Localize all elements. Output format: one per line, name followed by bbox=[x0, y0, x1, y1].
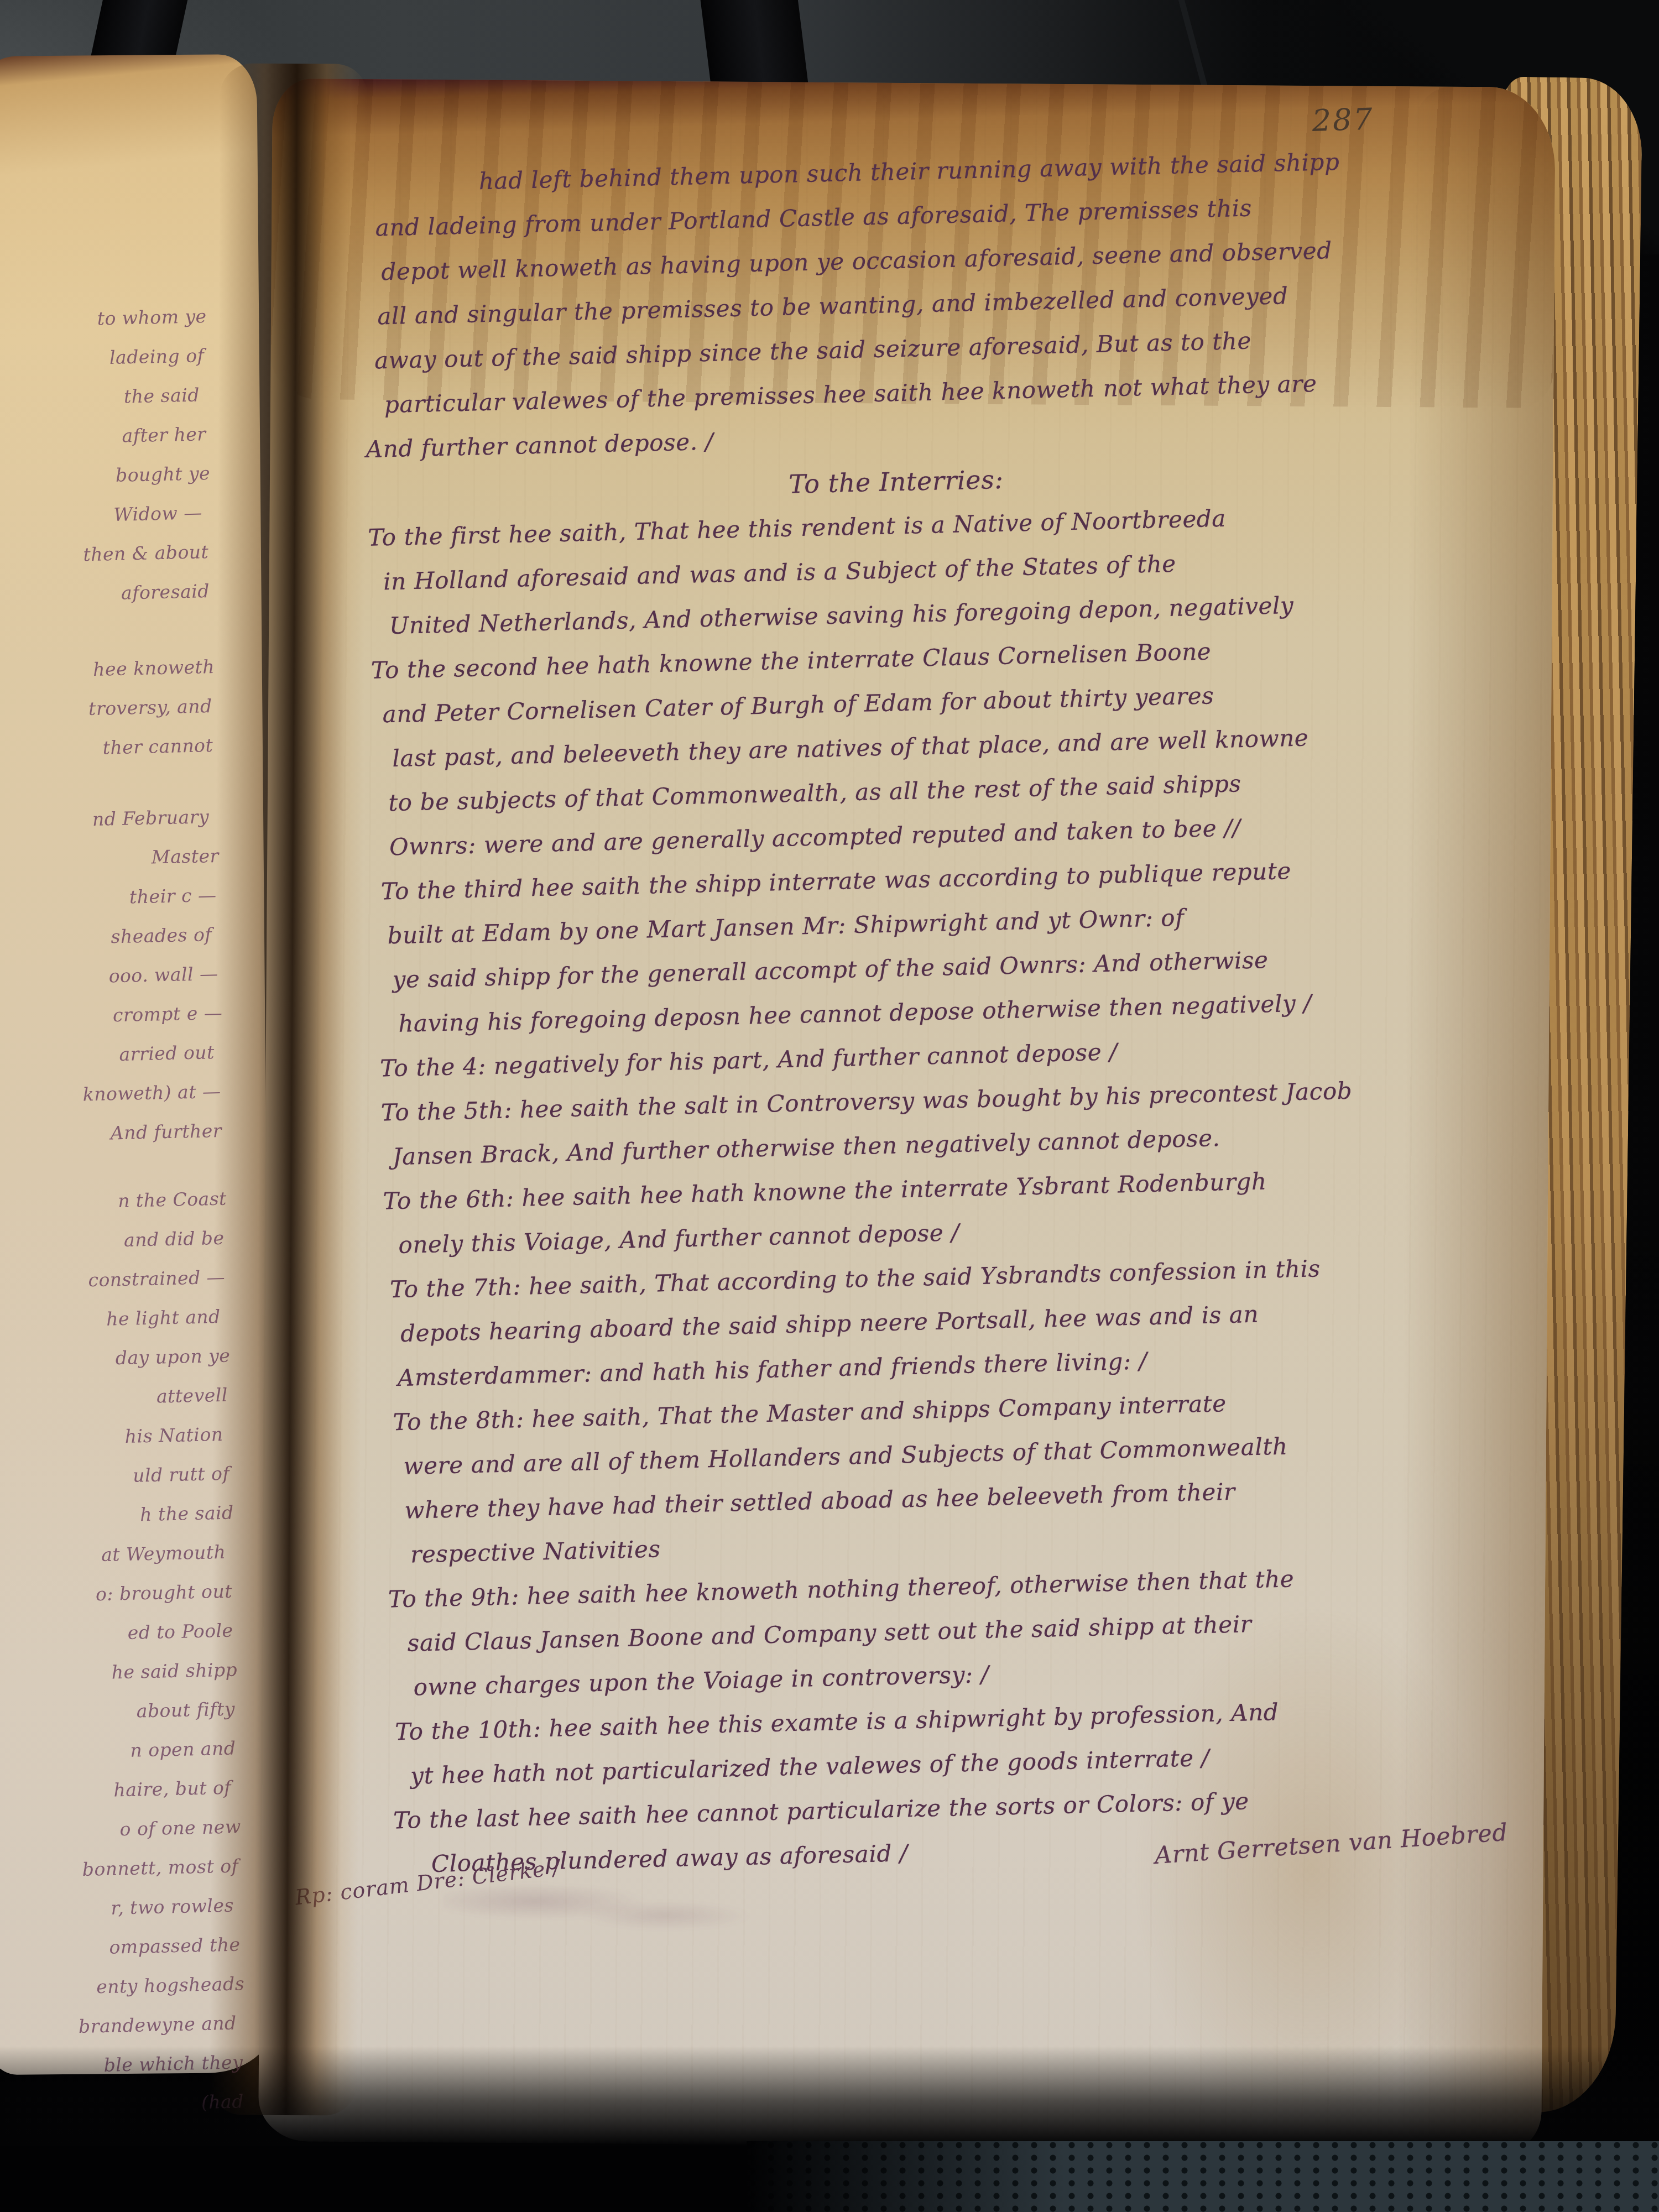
page-number: 287 bbox=[1312, 100, 1434, 138]
right-page: 287 had left behind them upon such their… bbox=[258, 79, 1556, 2150]
fragment-line: their c — bbox=[11, 875, 217, 919]
fragment-line: day upon ye bbox=[24, 1336, 231, 1380]
fragment-line: Widow — bbox=[0, 493, 202, 536]
fragment-line: about fifty bbox=[29, 1689, 236, 1733]
fragment-line: haire, but of bbox=[25, 1768, 232, 1812]
fragment-line: ther cannot bbox=[7, 726, 214, 769]
deposition-text: had left behind them upon such their run… bbox=[359, 137, 1531, 1887]
fragment-line: uld rutt of bbox=[23, 1454, 230, 1498]
fragment-line: r, two rowles bbox=[28, 1886, 234, 1929]
fragment-line: sheades of bbox=[6, 915, 212, 958]
fragment-line: aforesaid bbox=[3, 571, 210, 615]
fragment-line: constrained — bbox=[19, 1258, 226, 1301]
fragment-line: Master bbox=[13, 836, 220, 880]
fragment-line: hee knoweth bbox=[8, 647, 215, 691]
fragment-line: n the Coast bbox=[20, 1179, 227, 1223]
fragment-line: attevell bbox=[22, 1375, 228, 1419]
fragment-line: he light and bbox=[14, 1297, 221, 1340]
fragment-line: his Nation bbox=[17, 1415, 224, 1458]
fragment-line: bonnett, most of bbox=[33, 1846, 239, 1890]
fragment-line: the said bbox=[0, 375, 200, 419]
fragment-line: then & about bbox=[3, 532, 210, 576]
fragment-line: h the said bbox=[28, 1493, 234, 1537]
fragment-line: and did be bbox=[18, 1218, 225, 1262]
fragment-line: nd February bbox=[3, 797, 210, 841]
fragment-line: brandewyne and bbox=[30, 2004, 237, 2047]
textile-fade bbox=[747, 2141, 1659, 2212]
left-page-fragments: to whom yeladeing ofthe saidafter herbou… bbox=[0, 296, 244, 2126]
fragment-line: o: brought out bbox=[26, 1572, 233, 1615]
page-gutter-shadow bbox=[209, 63, 368, 2115]
fragment-line: n open and bbox=[30, 1729, 237, 1772]
fragment-line: after her bbox=[0, 414, 206, 458]
fragment-line: ladeing of bbox=[0, 336, 205, 379]
fragment-line: at Weymouth bbox=[20, 1532, 227, 1576]
fragment-line: ed to Poole bbox=[27, 1611, 234, 1655]
fragment-line: knoweth) at — bbox=[15, 1072, 222, 1115]
textile-cloth bbox=[747, 2141, 1659, 2212]
fragment-line: ooo. wall — bbox=[12, 954, 219, 998]
fragment-line: to whom ye bbox=[1, 296, 207, 340]
fragment-line: arried out bbox=[8, 1032, 215, 1076]
answers-section: To the first hee saith, That hee this re… bbox=[368, 490, 1530, 1843]
fragment-line: troversy, and bbox=[6, 686, 213, 730]
manuscript-photo: to whom yeladeing ofthe saidafter herbou… bbox=[0, 0, 1659, 2212]
opening-paragraph: had left behind them upon such their run… bbox=[359, 137, 1499, 472]
bottom-shadow bbox=[0, 2046, 1659, 2146]
fragment-line: he said shipp bbox=[31, 1650, 238, 1693]
fragment-line: bought ye bbox=[4, 453, 211, 497]
fragment-line: And further bbox=[15, 1111, 222, 1155]
fragment-line: crompt e — bbox=[17, 993, 223, 1037]
